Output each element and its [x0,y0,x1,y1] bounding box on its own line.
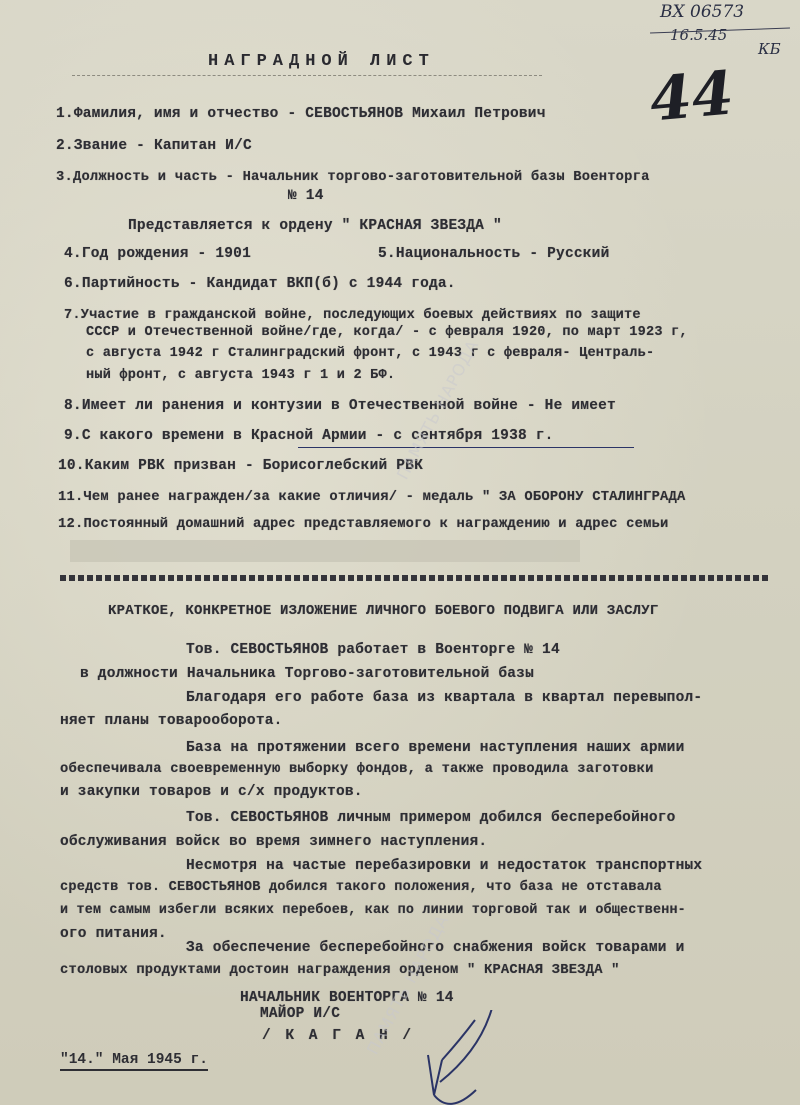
archive-initials-mark: КБ [758,40,781,58]
signatory-position: НАЧАЛЬНИК ВОЕНТОРГА № 14 [240,990,454,1006]
handwritten-signature [420,1010,500,1105]
archive-date-mark: 16.5.45 [670,26,727,44]
narrative-line: Тов. СЕВОСТЬЯНОВ личным примером добился… [186,810,676,826]
narrative-line: и тем самым избегли всяких перебоев, как… [60,903,686,918]
field-position: 3.Должность и часть - Начальник торгово-… [56,170,650,185]
document-page: ВХ 06573 16.5.45 КБ 44 НАГРАДНОЙ ЛИСТ 1.… [0,0,800,1105]
field-wounds: 8.Имеет ли ранения и контузии в Отечеств… [64,398,616,414]
narrative-line: ого питания. [60,926,167,942]
narrative-line: обеспечивала своевременную выборку фондо… [60,762,654,777]
title-divider [72,75,542,76]
narrative-line: Тов. СЕВОСТЬЯНОВ работает в Военторге № … [186,642,560,658]
narrative-line: Несмотря на частые перебазировки и недос… [186,858,702,874]
field-home-address: 12.Постоянный домашний адрес представляе… [58,517,669,532]
section-separator [60,575,770,581]
field-full-name: 1.Фамилия, имя и отчество - СЕВОСТЬЯНОВ … [56,106,546,122]
narrative-line: средств тов. СЕВОСТЬЯНОВ добился такого … [60,880,662,895]
narrative-line: Благодаря его работе база из квартала в … [186,690,702,706]
field-draft-office: 10.Каким РВК призван - Борисоглебский РВ… [58,458,423,474]
field-combat-participation-line-4: ный фронт, с августа 1943 г 1 и 2 БФ. [86,368,395,383]
field-nationality: 5.Национальность - Русский [378,246,609,262]
sheet-number-handwritten: 44 [647,58,736,135]
field-army-since: 9.С какого времени в Красной Армии - с с… [64,428,554,444]
narrative-line: обслуживания войск во время зимнего наст… [60,834,487,850]
field-rank: 2.Звание - Капитан И/С [56,138,252,154]
signatory-rank: МАЙОР И/С [260,1006,340,1022]
field-previous-awards: 11.Чем ранее награжден/за какие отличия/… [58,490,686,505]
narrative-line: в должности Начальника Торгово-заготовит… [80,666,534,682]
field-position-cont: № 14 [288,188,324,204]
narrative-line: и закупки товаров и с/х продуктов. [60,784,363,800]
field-combat-participation-line-3: с августа 1942 г Сталинградский фронт, с… [86,346,654,361]
field-party: 6.Партийность - Кандидат ВКП(б) с 1944 г… [64,276,456,292]
narrative-line: База на протяжении всего времени наступл… [186,740,684,756]
field-combat-participation-line-2: СССР и Отечественной войне/где, когда/ -… [86,325,688,340]
pen-underline [298,447,634,448]
section-heading: КРАТКОЕ, КОНКРЕТНОЕ ИЗЛОЖЕНИЕ ЛИЧНОГО БО… [108,603,659,619]
narrative-line: няет планы товарооборота. [60,713,283,729]
document-date: "14." Мая 1945 г. [60,1052,208,1071]
full-name-value: СЕВОСТЬЯНОВ Михаил Петрович [305,106,545,122]
document-title: НАГРАДНОЙ ЛИСТ [208,52,435,71]
field-combat-participation-line-1: 7.Участие в гражданской войне, последующ… [64,308,641,323]
narrative-line: столовых продуктами достоин награждения … [60,963,620,978]
address-blank-area [70,540,580,562]
nomination-line: Представляется к ордену " КРАСНАЯ ЗВЕЗДА… [128,218,502,234]
archive-registry-mark: ВХ 06573 [660,2,744,22]
field-birth-year: 4.Год рождения - 1901 [64,246,251,262]
